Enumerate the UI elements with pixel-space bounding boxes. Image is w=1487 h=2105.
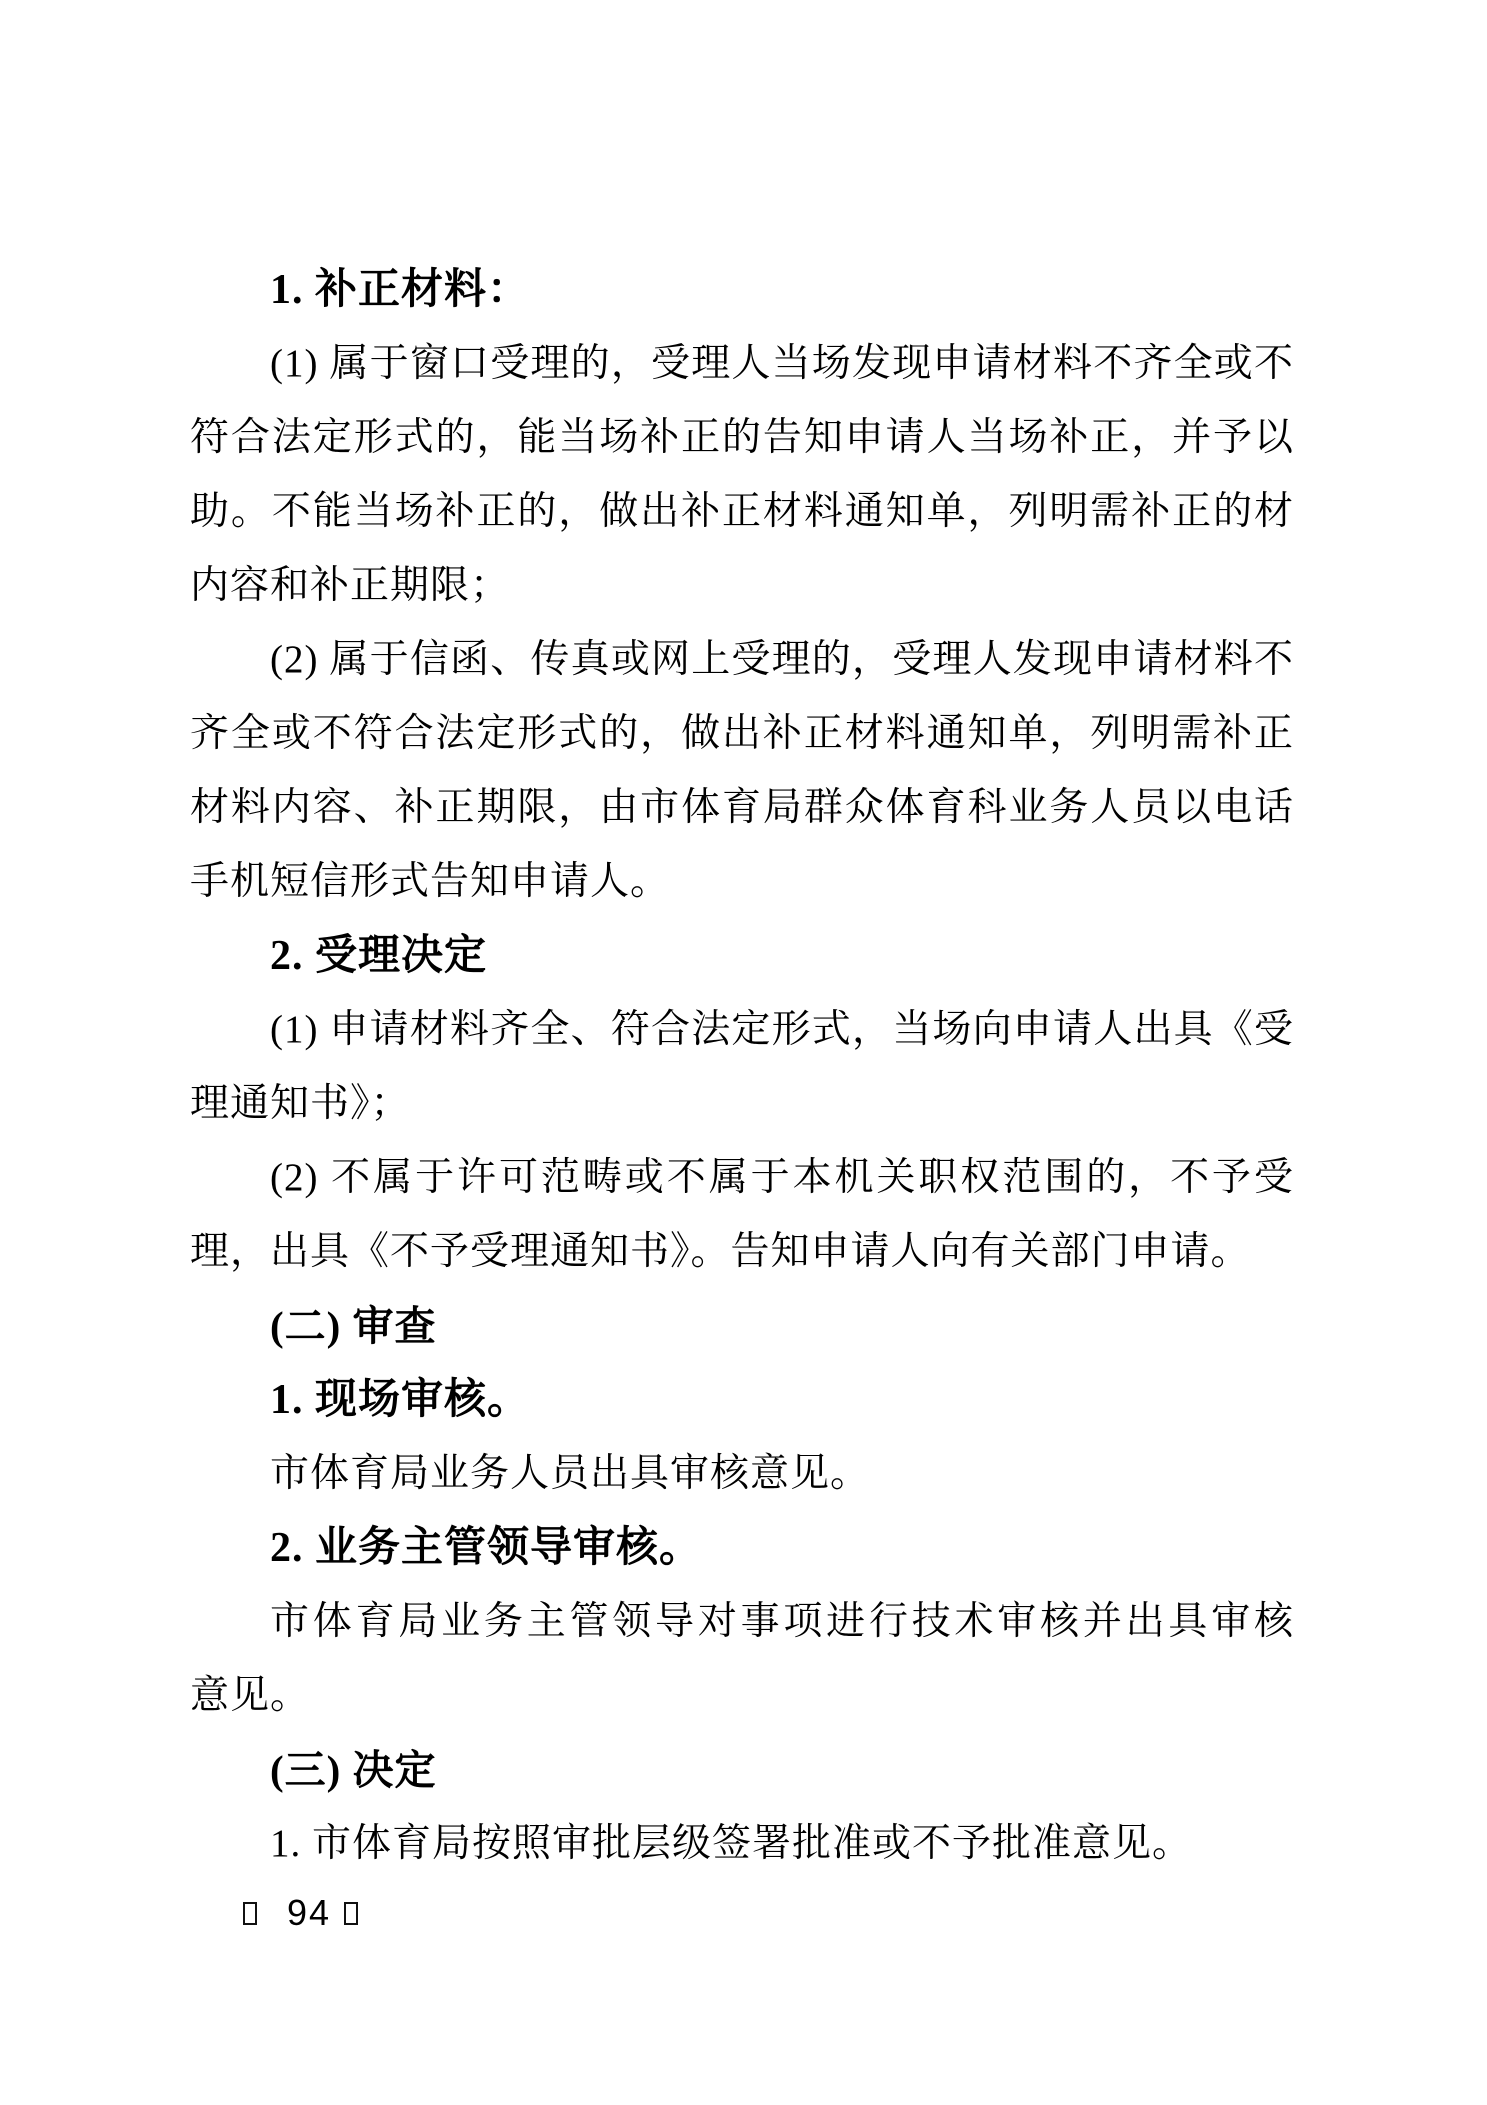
body-text-line: 齐全或不符合法定形式的，做出补正材料通知单，列明需补正的 [190, 697, 1294, 771]
missing-glyph-box-icon [243, 1902, 257, 1925]
body-text-line: (1) 申请材料齐全、符合法定形式，当场向申请人出具《受 [190, 993, 1294, 1067]
body-text-line: 理通知书》； [190, 1067, 1294, 1141]
body-text-line: 内容和补正期限； [190, 549, 1294, 623]
heading-line: (二) 审查 [190, 1289, 1294, 1363]
heading-line: 1. 补正材料： [190, 253, 1294, 327]
heading-line: 1. 现场审核。 [190, 1363, 1294, 1437]
body-text-line: 意见。 [190, 1659, 1294, 1733]
body-text-line: (1) 属于窗口受理的，受理人当场发现申请材料不齐全或不 [190, 327, 1294, 401]
heading-line: 2. 业务主管领导审核。 [190, 1511, 1294, 1585]
body-text-line: (2) 不属于许可范畴或不属于本机关职权范围的，不予受 [190, 1141, 1294, 1215]
body-text-line: 理，出具《不予受理通知书》。告知申请人向有关部门申请。 [190, 1215, 1294, 1289]
body-text-line: 1. 市体育局按照审批层级签署批准或不予批准意见。 [190, 1807, 1294, 1881]
heading-line: 2. 受理决定 [190, 919, 1294, 993]
body-text-line: 手机短信形式告知申请人。 [190, 845, 1294, 919]
page-footer: 94 [243, 1889, 358, 1937]
document-page: 1. 补正材料：(1) 属于窗口受理的，受理人当场发现申请材料不齐全或不符合法定… [0, 0, 1487, 2105]
body-text-line: 助。不能当场补正的，做出补正材料通知单，列明需补正的材料 [190, 475, 1294, 549]
body-text-line: 材料内容、补正期限，由市体育局群众体育科业务人员以电话或 [190, 771, 1294, 845]
body-text-line: 市体育局业务人员出具审核意见。 [190, 1437, 1294, 1511]
heading-line: (三) 决定 [190, 1733, 1294, 1807]
body-text-line: 市体育局业务主管领导对事项进行技术审核并出具审核 [190, 1585, 1294, 1659]
page-number: 94 [287, 1892, 331, 1934]
missing-glyph-box-icon [344, 1902, 358, 1925]
body-text-line: 符合法定形式的，能当场补正的告知申请人当场补正，并予以协 [190, 401, 1294, 475]
document-body: 1. 补正材料：(1) 属于窗口受理的，受理人当场发现申请材料不齐全或不符合法定… [190, 253, 1294, 1881]
body-text-line: (2) 属于信函、传真或网上受理的，受理人发现申请材料不 [190, 623, 1294, 697]
